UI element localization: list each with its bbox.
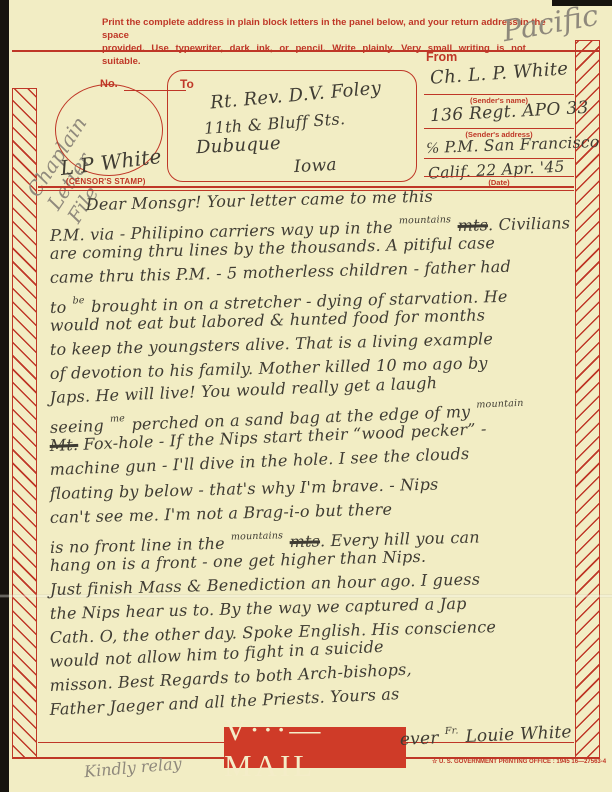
form-instructions: Print the complete address in plain bloc… xyxy=(102,16,554,68)
inserted-word: me xyxy=(110,413,125,425)
top-rule xyxy=(12,50,600,52)
to-address-line: Iowa xyxy=(294,155,338,177)
scan-edge-left xyxy=(0,0,9,792)
struck-out-word: Mt. xyxy=(49,435,78,455)
to-address-panel: To Rt. Rev. D.V. Foley 11th & Bluff Sts.… xyxy=(167,70,417,182)
inserted-word: mountain xyxy=(476,398,524,411)
to-address-line: Dubuque xyxy=(196,133,282,158)
to-label: To xyxy=(180,77,194,91)
v-mail-form: Print the complete address in plain bloc… xyxy=(0,0,612,792)
inserted-word: be xyxy=(72,295,84,306)
censor-stamp-label: (CENSOR'S STAMP) xyxy=(66,177,146,186)
inserted-word: Fr. xyxy=(445,725,459,737)
form-instructions-line1: Print the complete address in plain bloc… xyxy=(102,16,554,42)
letter-line: ever Fr. Louie White xyxy=(399,714,572,746)
to-address-line: Rt. Rev. D.V. Foley xyxy=(209,78,382,114)
inserted-word: mountains xyxy=(231,530,284,542)
printing-office-note: ☆ U. S. GOVERNMENT PRINTING OFFICE : 194… xyxy=(432,758,598,765)
letter-body: Dear Monsgr! Your letter came to me this… xyxy=(50,194,572,746)
inserted-word: mountains xyxy=(399,214,452,226)
from-label: From xyxy=(426,50,457,64)
